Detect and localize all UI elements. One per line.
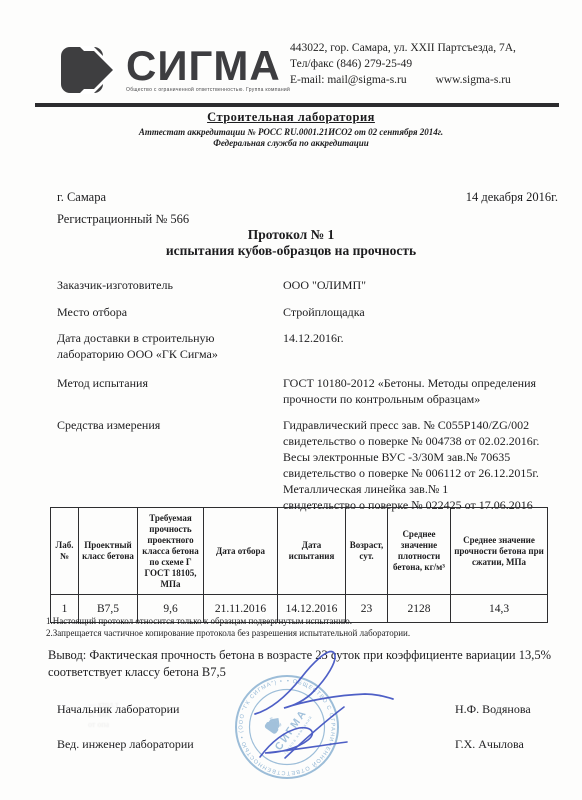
test-results-table: Лаб. № Проектный класс бетона Требуемая … <box>50 507 548 623</box>
col-sampling-date: Дата отбора <box>204 508 278 595</box>
field-value: Стройплощадка <box>283 304 562 320</box>
col-density: Среднее значение плотности бетона, кг/м³ <box>388 508 451 595</box>
field-value: ГОСТ 10180-2012 «Бетоны. Методы определе… <box>283 375 562 407</box>
field-customer: Заказчик-изготовитель ООО "ОЛИМП" <box>57 277 562 293</box>
col-required-strength: Требуемая прочность проектного класса бе… <box>138 508 204 595</box>
table-header-row: Лаб. № Проектный класс бетона Требуемая … <box>51 508 548 595</box>
contact-online: E-mail: mail@sigma-s.ru www.sigma-s.ru <box>290 72 516 88</box>
contact-address: 443022, гор. Самара, ул. XXII Партсъезда… <box>290 40 516 56</box>
col-compressive-strength: Среднее значение прочности бетона при сж… <box>451 508 548 595</box>
col-design-class: Проектный класс бетона <box>79 508 138 595</box>
bleed-through-artifact: — ктол.твс жбсот опа <box>88 700 178 780</box>
field-delivery-date: Дата доставки в строительную лабораторию… <box>57 330 562 362</box>
signature-name: Н.Ф. Водянова <box>455 702 531 717</box>
field-test-method: Метод испытания ГОСТ 10180-2012 «Бетоны.… <box>57 375 562 407</box>
col-age: Возраст, сут. <box>346 508 388 595</box>
field-label: Дата доставки в строительную лабораторию… <box>57 330 283 362</box>
field-label: Заказчик-изготовитель <box>57 277 283 293</box>
signature-name: Г.Х. Ачылова <box>455 737 524 752</box>
protocol-notes: 1.Настоящий протокол относится только к … <box>46 616 556 639</box>
field-label: Средства измерения <box>57 417 283 513</box>
meta-row: г. Самара 14 декабря 2016г. <box>57 190 558 205</box>
document-date: 14 декабря 2016г. <box>466 190 558 205</box>
document-title-line2: испытания кубов-образцов на прочность <box>0 243 582 259</box>
field-value: Гидравлический пресс зав. № С055Р140/ZG/… <box>283 417 562 513</box>
sigma-arrow-logo-icon <box>60 44 122 98</box>
logo-tagline: Общество с ограниченной ответственностью… <box>126 87 290 93</box>
document-title-line1: Протокол № 1 <box>0 227 582 243</box>
contact-phone: Тел/факс (846) 279-25-49 <box>290 56 516 72</box>
field-value: ООО "ОЛИМП" <box>283 277 562 293</box>
field-label: Метод испытания <box>57 375 283 407</box>
field-value: 14.12.2016г. <box>283 330 562 362</box>
lab-accreditation: Аттестат аккредитации № РОСС RU.0001.21И… <box>0 127 582 138</box>
document-title: Протокол № 1 испытания кубов-образцов на… <box>0 227 582 259</box>
note-1: 1.Настоящий протокол относится только к … <box>46 616 556 628</box>
contact-email: E-mail: mail@sigma-s.ru <box>290 74 407 86</box>
field-measuring-instruments: Средства измерения Гидравлический пресс … <box>57 417 562 513</box>
city-label: г. Самара <box>57 190 106 205</box>
col-lab-no: Лаб. № <box>51 508 79 595</box>
note-2: 2.Запрещается частичное копирование прот… <box>46 628 556 640</box>
contact-website: www.sigma-s.ru <box>436 74 511 86</box>
scanned-protocol-page: СИГМА Общество с ограниченной ответствен… <box>0 0 582 800</box>
company-stamp-icon: • ОБЩЕСТВО С ОГРАНИЧЕННОЙ ОТВЕТСТВЕННОСТ… <box>213 640 413 800</box>
lab-agency: Федеральная служба по аккредитации <box>0 138 582 149</box>
logo-wordmark: СИГМА <box>126 46 290 86</box>
stamp-and-signatures: • ОБЩЕСТВО С ОГРАНИЧЕННОЙ ОТВЕТСТВЕННОСТ… <box>213 640 413 800</box>
contact-info: 443022, гор. Самара, ул. XXII Партсъезда… <box>290 40 516 88</box>
field-sampling-place: Место отбора Стройплощадка <box>57 304 562 320</box>
company-logo: СИГМА Общество с ограниченной ответствен… <box>60 44 290 98</box>
field-label: Место отбора <box>57 304 283 320</box>
lab-title: Строительная лаборатория <box>0 110 582 125</box>
registration-number: Регистрационный № 566 <box>57 212 189 227</box>
lab-banner: Строительная лаборатория Аттестат аккред… <box>0 110 582 149</box>
header-divider <box>35 103 559 107</box>
col-test-date: Дата испытания <box>278 508 346 595</box>
